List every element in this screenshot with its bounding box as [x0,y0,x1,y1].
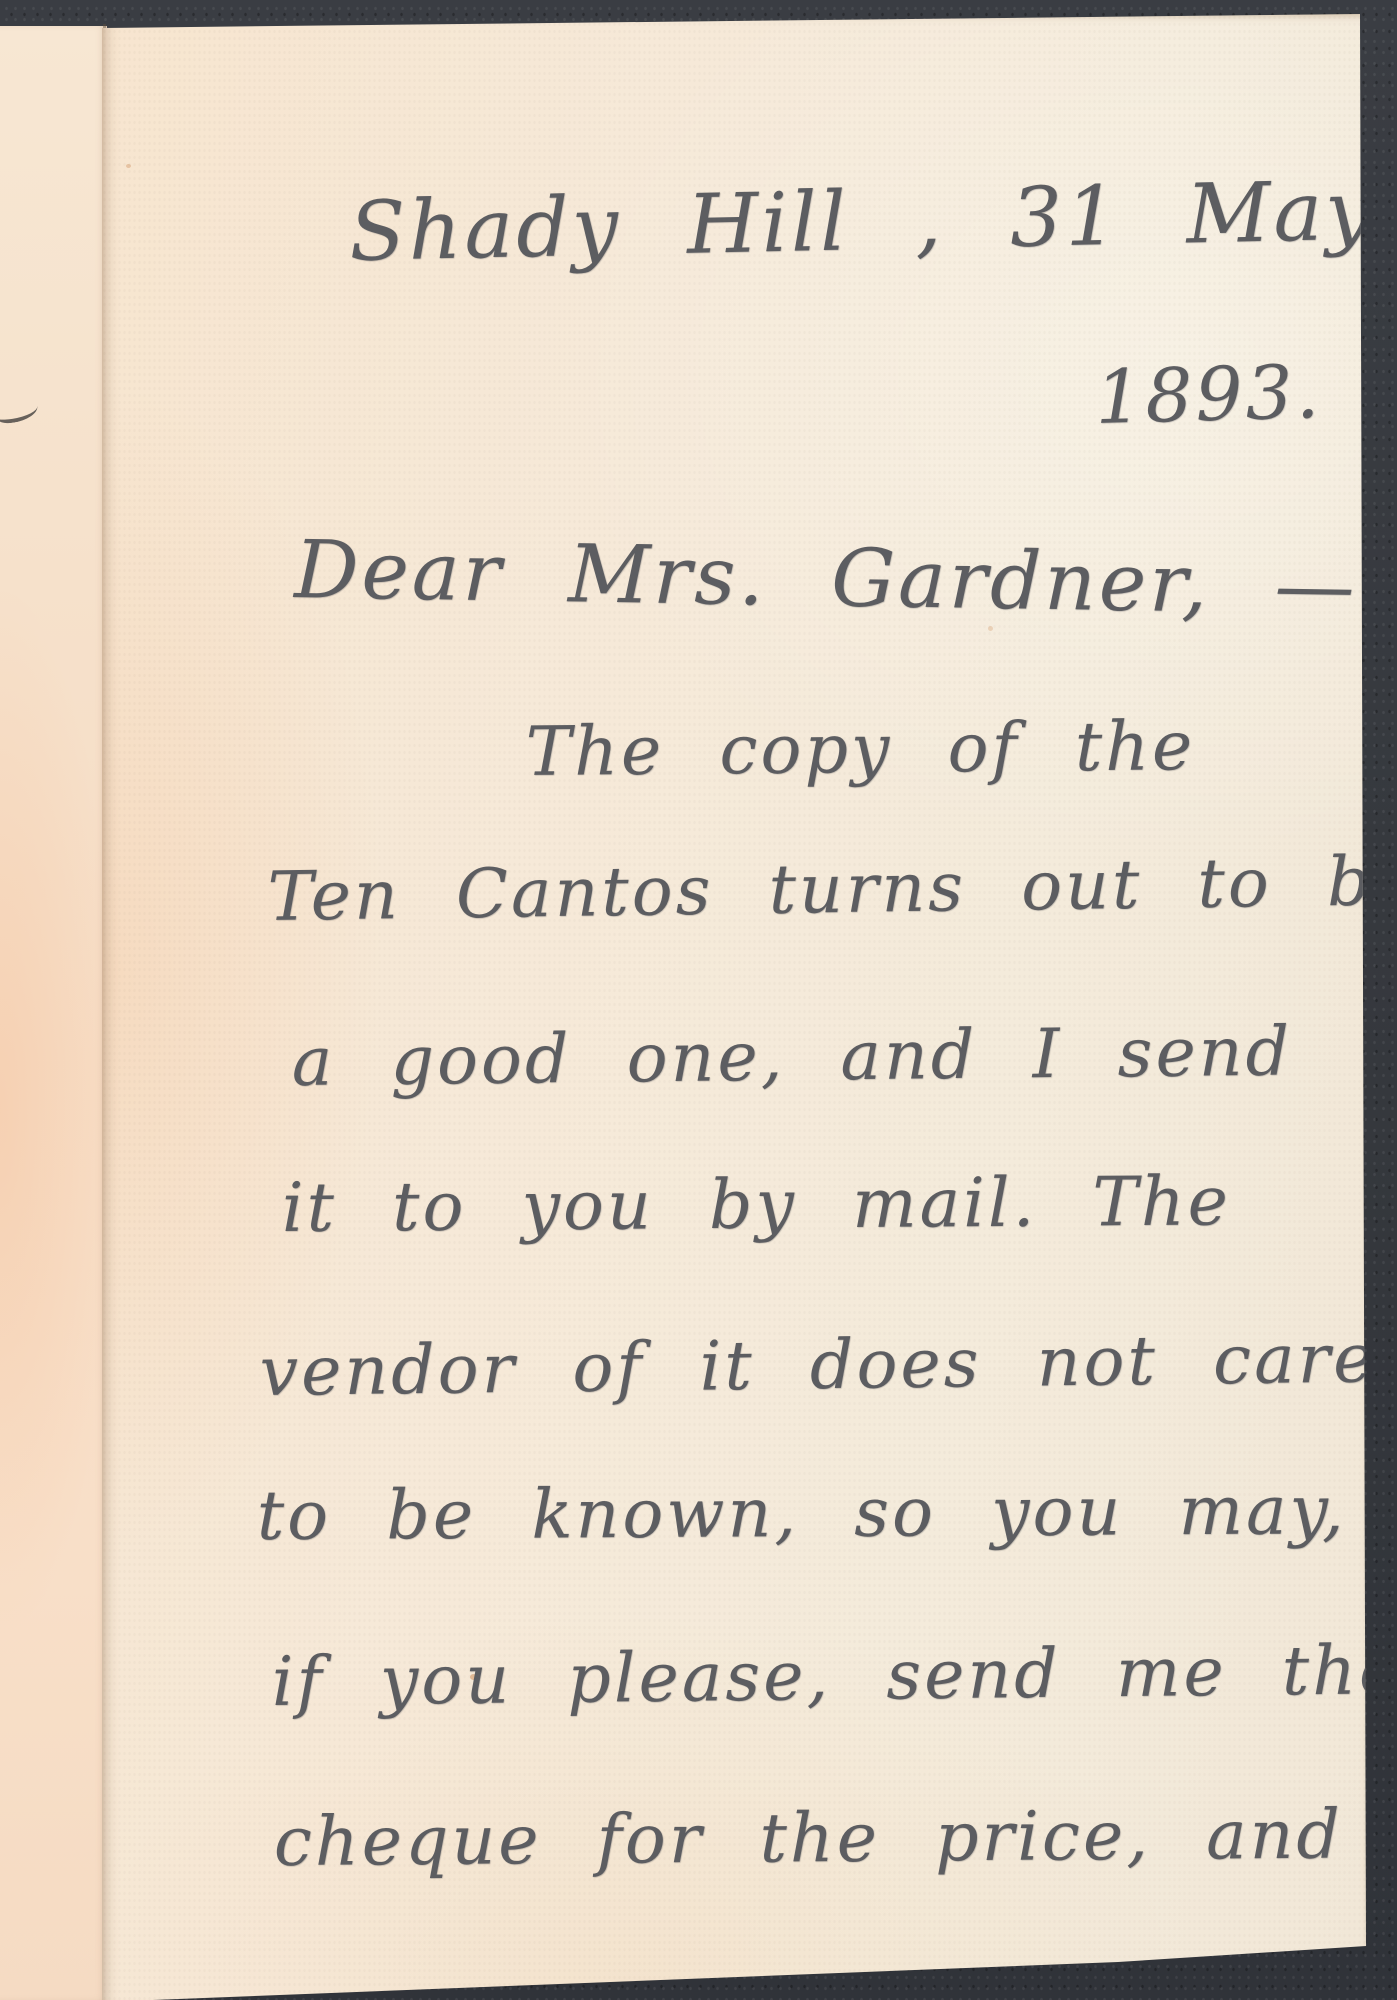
letter-body-line: to be known, so you may, [257,1468,1347,1559]
letter-body-line: Ten Cantos turns out to be [267,839,1397,940]
folded-left-page-edge [0,26,107,2000]
letter-heading-year: 1893. [1094,346,1323,444]
letter-body-line: if you please, send me the [271,1628,1397,1725]
letter-body-line: it to you by mail. The [282,1159,1232,1251]
letter-body-line: The copy of the [525,704,1195,795]
stray-ink-mark [0,399,39,425]
letter-body-line: a good one, and I send [291,1010,1292,1105]
letter-body-line: vendor of it does not care [259,1316,1377,1415]
foxing-spot [126,164,131,168]
letter-body-line: cheque for the price, and [274,1793,1344,1885]
letter-heading-place-date: Shady Hill , 31 May [348,161,1375,285]
letter-photograph: Shady Hill , 31 May 1893. Dear Mrs. Gard… [0,0,1397,2000]
letter-page: Shady Hill , 31 May 1893. Dear Mrs. Gard… [102,14,1370,2000]
letter-salutation: Dear Mrs. Gardner, — [294,520,1359,637]
